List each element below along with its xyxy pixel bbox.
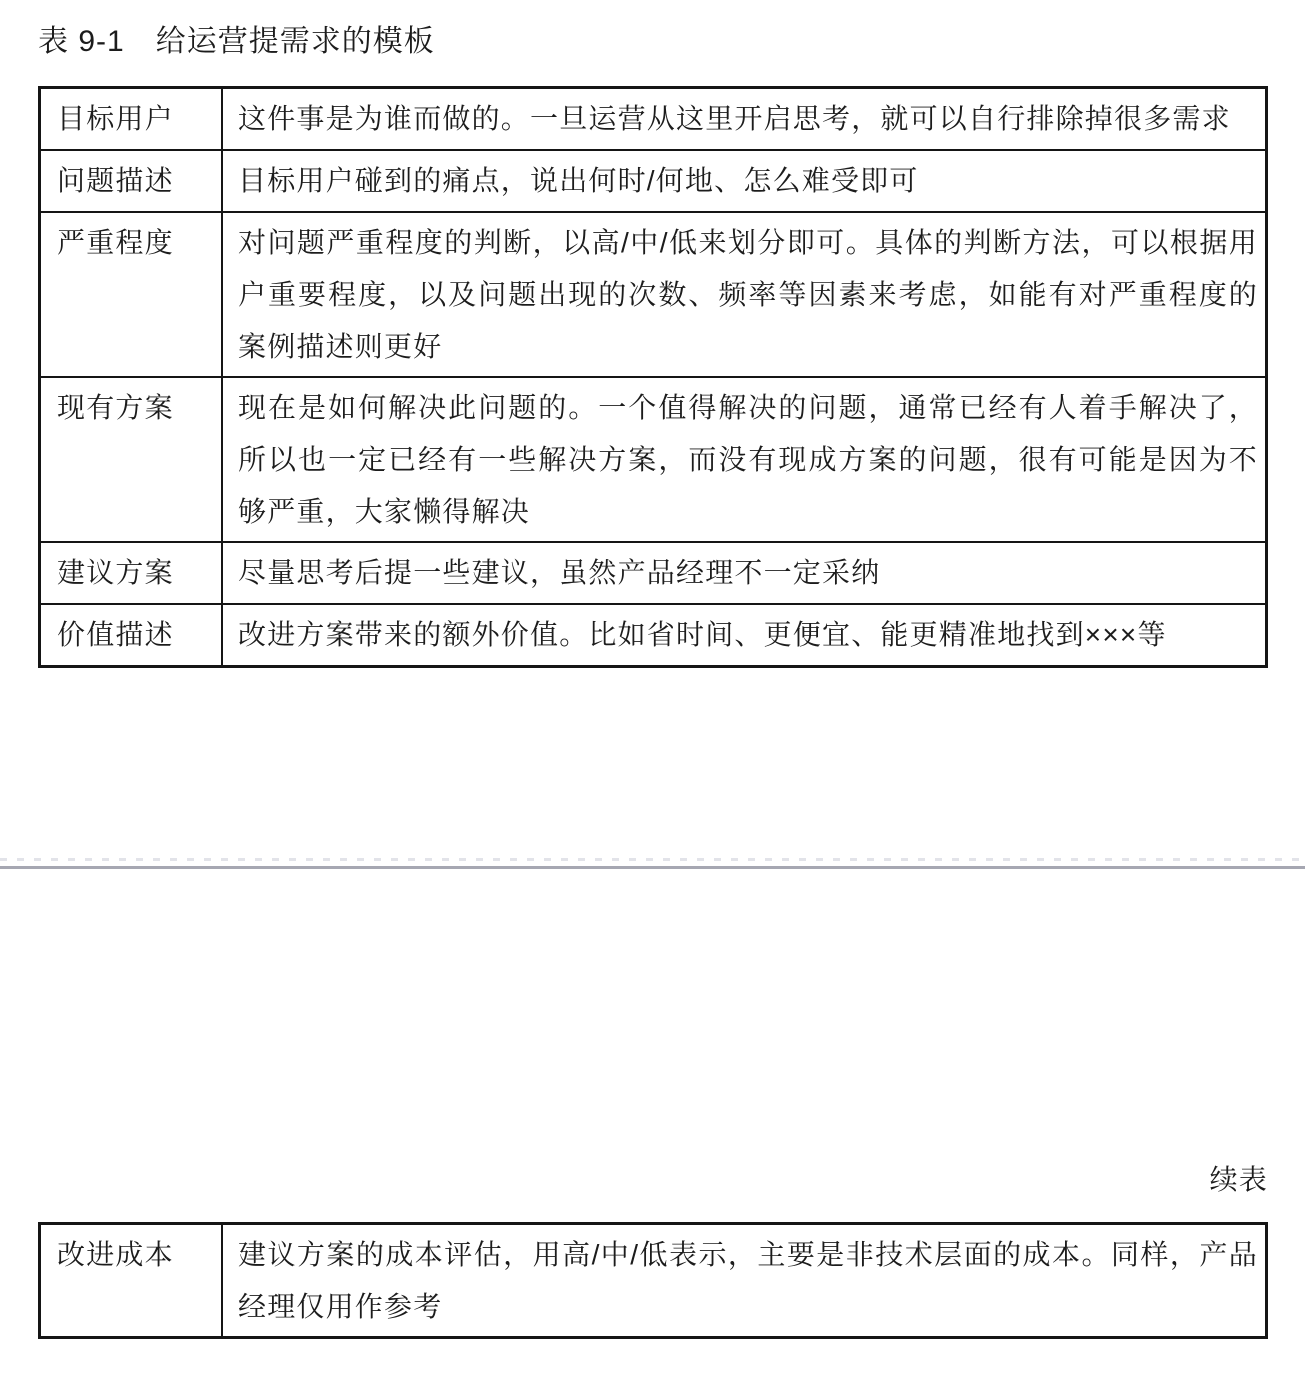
row-content-cell: 尽量思考后提一些建议，虽然产品经理不一定采纳 (223, 543, 1265, 603)
page-break-divider-line (0, 866, 1305, 869)
row-label-cell: 价值描述 (41, 605, 223, 665)
row-content-cell: 改进方案带来的额外价值。比如省时间、更便宜、能更精准地找到×××等 (223, 605, 1265, 665)
table-row: 改进成本 建议方案的成本评估，用高/中/低表示，主要是非技术层面的成本。同样，产… (41, 1225, 1265, 1336)
row-label-cell: 改进成本 (41, 1225, 223, 1336)
table-row: 问题描述 目标用户碰到的痛点，说出何时/何地、怎么难受即可 (41, 149, 1265, 211)
row-label-cell: 问题描述 (41, 151, 223, 211)
table-row: 建议方案 尽量思考后提一些建议，虽然产品经理不一定采纳 (41, 541, 1265, 603)
row-content-cell: 这件事是为谁而做的。一旦运营从这里开启思考，就可以自行排除掉很多需求 (223, 89, 1265, 149)
document-page: 表 9-1 给运营提需求的模板 目标用户 这件事是为谁而做的。一旦运营从这里开启… (0, 0, 1305, 1375)
row-label-cell: 严重程度 (41, 213, 223, 376)
row-label-cell: 建议方案 (41, 543, 223, 603)
table-row: 严重程度 对问题严重程度的判断，以高/中/低来划分即可。具体的判断方法，可以根据… (41, 211, 1265, 376)
table-caption: 表 9-1 给运营提需求的模板 (38, 16, 435, 60)
table-row: 目标用户 这件事是为谁而做的。一旦运营从这里开启思考，就可以自行排除掉很多需求 (41, 89, 1265, 149)
requirements-template-table: 目标用户 这件事是为谁而做的。一旦运营从这里开启思考，就可以自行排除掉很多需求 … (38, 86, 1268, 668)
row-label-cell: 目标用户 (41, 89, 223, 149)
requirements-template-table-continued: 改进成本 建议方案的成本评估，用高/中/低表示，主要是非技术层面的成本。同样，产… (38, 1222, 1268, 1339)
page-break-dashed-line (0, 858, 1305, 861)
table-row: 价值描述 改进方案带来的额外价值。比如省时间、更便宜、能更精准地找到×××等 (41, 603, 1265, 665)
row-content-cell: 目标用户碰到的痛点，说出何时/何地、怎么难受即可 (223, 151, 1265, 211)
row-content-cell: 现在是如何解决此问题的。一个值得解决的问题，通常已经有人着手解决了，所以也一定已… (223, 378, 1265, 541)
row-label-cell: 现有方案 (41, 378, 223, 541)
table-row: 现有方案 现在是如何解决此问题的。一个值得解决的问题，通常已经有人着手解决了，所… (41, 376, 1265, 541)
row-content-cell: 建议方案的成本评估，用高/中/低表示，主要是非技术层面的成本。同样，产品经理仅用… (223, 1225, 1265, 1336)
row-content-cell: 对问题严重程度的判断，以高/中/低来划分即可。具体的判断方法，可以根据用户重要程… (223, 213, 1265, 376)
table-continuation-label: 续表 (38, 1158, 1268, 1198)
